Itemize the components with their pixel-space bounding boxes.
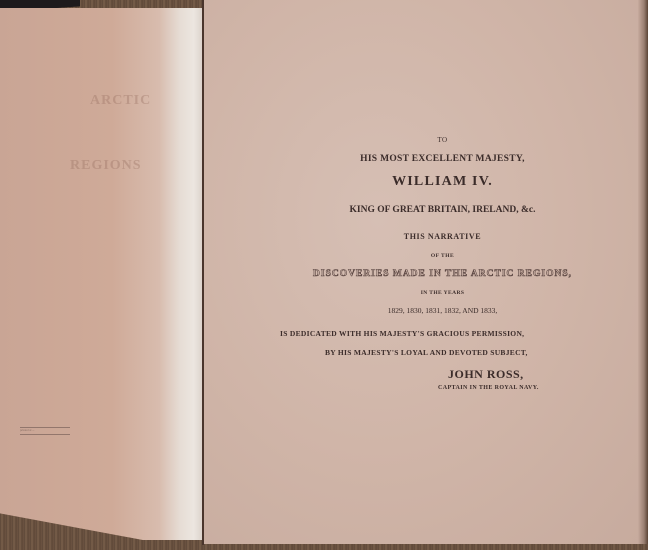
dedication-subject: DISCOVERIES MADE IN THE ARCTIC REGIONS,: [270, 269, 615, 279]
printer-imprint: printed at ...: [20, 427, 70, 435]
dedication-to: TO: [270, 136, 615, 144]
dedication-titles: KING OF GREAT BRITAIN, IRELAND, &c.: [270, 205, 615, 215]
dedication-rank: CAPTAIN IN THE ROYAL NAVY.: [438, 385, 539, 391]
dedication-this-narrative: THIS NARRATIVE: [270, 232, 615, 241]
dedication-king: WILLIAM IV.: [270, 174, 615, 190]
dedication-author: JOHN ROSS,: [448, 367, 524, 382]
left-page: ARCTIC REGIONS printed at ...: [0, 8, 204, 540]
dedication-addressee: HIS MOST EXCELLENT MAJESTY,: [270, 154, 615, 164]
bleed-through-text: ARCTIC: [90, 93, 151, 109]
dedication-in-the-years: IN THE YEARS: [270, 290, 615, 296]
page-edge: [638, 0, 648, 544]
bleed-through-text: REGIONS: [70, 158, 142, 174]
dedication-by: BY HIS MAJESTY'S LOYAL AND DEVOTED SUBJE…: [325, 348, 528, 357]
dedication-years: 1829, 1830, 1831, 1832, AND 1833,: [270, 306, 615, 315]
dedication-of-the: OF THE: [270, 253, 615, 259]
dedication-permission: IS DEDICATED WITH HIS MAJESTY'S GRACIOUS…: [280, 329, 524, 338]
book-photo: ARCTIC REGIONS printed at ... TO HIS MOS…: [0, 0, 648, 550]
